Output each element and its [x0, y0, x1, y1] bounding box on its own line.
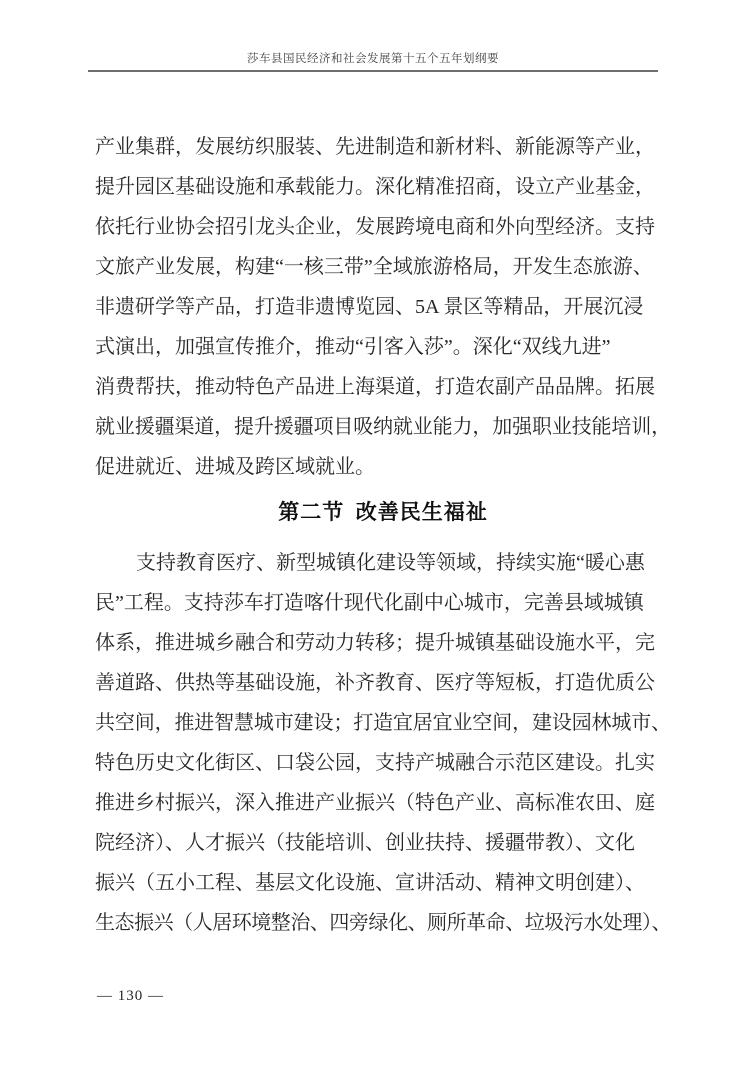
text-line: 振兴（五小工程、基层文化设施、宣讲活动、精神文明创建）、: [95, 863, 671, 903]
paragraph-1: 产业集群，发展纺织服装、先进制造和新材料、新能源等产业，提升园区基础设施和承载能…: [95, 127, 671, 487]
text-line: 消费帮扶，推动特色产品进上海渠道，打造农副产品品牌。拓展: [95, 367, 671, 407]
text-line: 特色历史文化街区、口袋公园，支持产城融合示范区建设。扎实: [95, 743, 671, 783]
page-number: — 130 —: [97, 988, 164, 1004]
text-line: 促进就近、进城及跨区域就业。: [95, 447, 671, 487]
section-heading: 第二节 改善民生福祉: [95, 495, 671, 531]
page-header: 莎车县国民经济和社会发展第十五个五年划纲要: [88, 0, 658, 72]
text-line: 提升园区基础设施和承载能力。深化精准招商，设立产业基金，: [95, 167, 671, 207]
text-line: 推进乡村振兴，深入推进产业振兴（特色产业、高标准农田、庭: [95, 783, 671, 823]
document-body: 产业集群，发展纺织服装、先进制造和新材料、新能源等产业，提升园区基础设施和承载能…: [95, 127, 671, 943]
page-footer: — 130 —: [97, 987, 164, 1005]
text-line: 共空间，推进智慧城市建设；打造宜居宜业空间，建设园林城市、: [95, 703, 671, 743]
text-line: 产业集群，发展纺织服装、先进制造和新材料、新能源等产业，: [95, 127, 671, 167]
text-line: 善道路、供热等基础设施，补齐教育、医疗等短板，打造优质公: [95, 663, 671, 703]
text-line: 非遗研学等产品，打造非遗博览园、5A 景区等精品，开展沉浸: [95, 287, 671, 327]
text-line: 式演出，加强宣传推介，推动“引客入莎”。深化“双线九进”: [95, 327, 671, 367]
paragraph-2: 支持教育医疗、新型城镇化建设等领域，持续实施“暖心惠民”工程。支持莎车打造喀什现…: [95, 543, 671, 943]
text-line: 生态振兴（人居环境整治、四旁绿化、厕所革命、垃圾污水处理）、: [95, 903, 671, 943]
text-line: 文旅产业发展，构建“一核三带”全域旅游格局，开发生态旅游、: [95, 247, 671, 287]
text-line: 支持教育医疗、新型城镇化建设等领域，持续实施“暖心惠: [95, 543, 671, 583]
text-line: 院经济）、人才振兴（技能培训、创业扶持、援疆带教）、文化: [95, 823, 671, 863]
document-page: 莎车县国民经济和社会发展第十五个五年划纲要 产业集群，发展纺织服装、先进制造和新…: [0, 0, 753, 1066]
running-header-title: 莎车县国民经济和社会发展第十五个五年划纲要: [88, 50, 658, 66]
text-line: 依托行业协会招引龙头企业，发展跨境电商和外向型经济。支持: [95, 207, 671, 247]
text-line: 体系，推进城乡融合和劳动力转移；提升城镇基础设施水平，完: [95, 623, 671, 663]
text-line: 民”工程。支持莎车打造喀什现代化副中心城市，完善县域城镇: [95, 583, 671, 623]
text-line: 就业援疆渠道，提升援疆项目吸纳就业能力，加强职业技能培训，: [95, 407, 671, 447]
